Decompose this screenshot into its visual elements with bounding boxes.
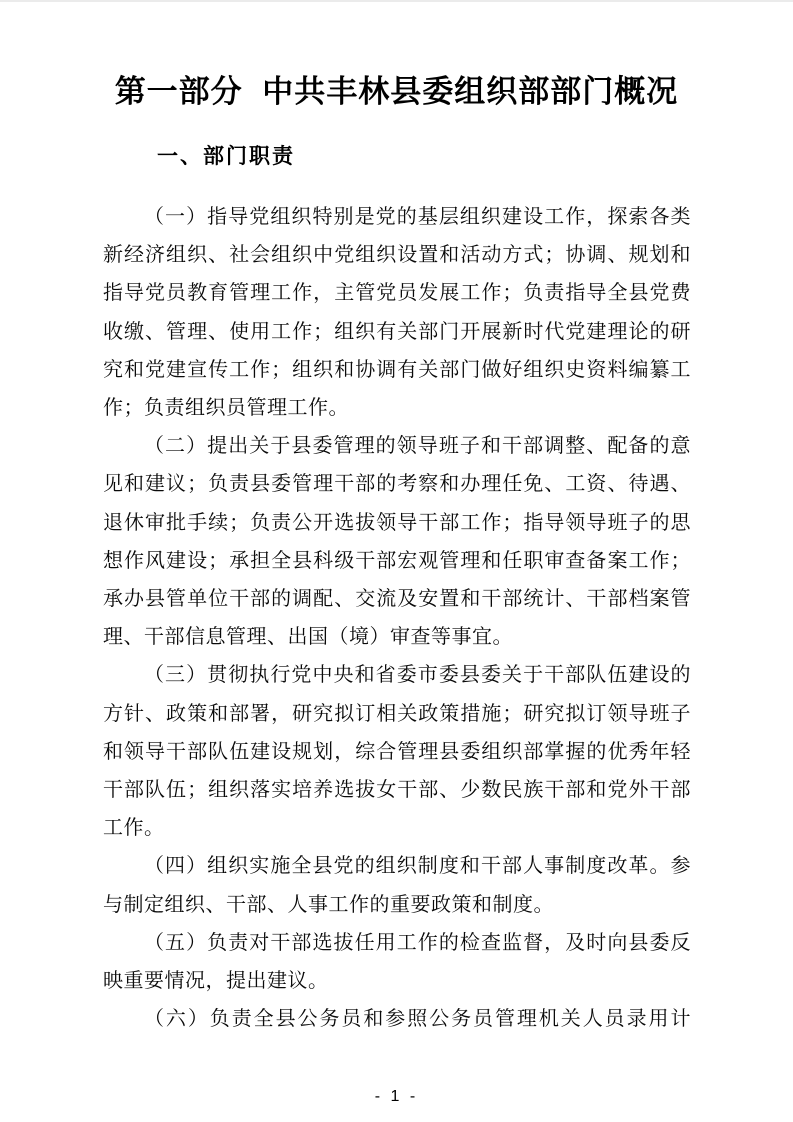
body-line: 作；负责组织员管理工作。 [103,389,691,427]
body-line: 方针、政策和部署，研究拟订相关政策措施；研究拟订领导班子 [103,695,691,733]
body-line: 见和建议；负责县委管理干部的考察和办理任免、工资、待遇、 [103,465,691,503]
body-line: 新经济组织、社会组织中党组织设置和活动方式；协调、规划和 [103,236,691,274]
body-line: 理、干部信息管理、出国（境）审查等事宜。 [103,618,691,656]
body-line: 工作。 [103,809,691,847]
section-heading: 一、部门职责 [157,144,793,170]
body-line: （二）提出关于县委管理的领导班子和干部调整、配备的意 [103,427,691,465]
body-line: （六）负责全县公务员和参照公务员管理机关人员录用计 [103,1000,691,1038]
body-line: （四）组织实施全县党的组织制度和干部人事制度改革。参 [103,847,691,885]
body-line: （三）贯彻执行党中央和省委市委县委关于干部队伍建设的 [103,656,691,694]
paragraph-4: （四）组织实施全县党的组织制度和干部人事制度改革。参 与制定组织、干部、人事工作… [103,847,691,923]
body-line: 映重要情况，提出建议。 [103,962,691,1000]
body-line: 和领导干部队伍建设规划，综合管理县委组织部掌握的优秀年轻 [103,733,691,771]
body-line: （一）指导党组织特别是党的基层组织建设工作，探索各类 [103,198,691,236]
paragraph-1: （一）指导党组织特别是党的基层组织建设工作，探索各类 新经济组织、社会组织中党组… [103,198,691,427]
body-line: 想作风建设；承担全县科级干部宏观管理和任职审查备案工作； [103,542,691,580]
paragraph-2: （二）提出关于县委管理的领导班子和干部调整、配备的意 见和建议；负责县委管理干部… [103,427,691,656]
page-title: 第一部分 中共丰林县委组织部部门概况 [0,72,793,112]
paragraph-3: （三）贯彻执行党中央和省委市委县委关于干部队伍建设的 方针、政策和部署，研究拟订… [103,656,691,847]
body-line: 指导党员教育管理工作，主管党员发展工作；负责指导全县党费 [103,274,691,312]
page-number: - 1 - [0,1088,793,1106]
body-line: 究和党建宣传工作；组织和协调有关部门做好组织史资料编纂工 [103,351,691,389]
body-line: 退休审批手续；负责公开选拔领导干部工作；指导领导班子的思 [103,504,691,542]
paragraph-5: （五）负责对干部选拔任用工作的检查监督，及时向县委反 映重要情况，提出建议。 [103,924,691,1000]
body-line: 与制定组织、干部、人事工作的重要政策和制度。 [103,886,691,924]
body-line: （五）负责对干部选拔任用工作的检查监督，及时向县委反 [103,924,691,962]
document-body: （一）指导党组织特别是党的基层组织建设工作，探索各类 新经济组织、社会组织中党组… [103,198,691,1038]
document-page: 第一部分 中共丰林县委组织部部门概况 一、部门职责 （一）指导党组织特别是党的基… [0,0,793,1122]
body-line: 承办县管单位干部的调配、交流及安置和干部统计、干部档案管 [103,580,691,618]
body-line: 收缴、管理、使用工作；组织有关部门开展新时代党建理论的研 [103,313,691,351]
paragraph-6: （六）负责全县公务员和参照公务员管理机关人员录用计 [103,1000,691,1038]
body-line: 干部队伍；组织落实培养选拔女干部、少数民族干部和党外干部 [103,771,691,809]
